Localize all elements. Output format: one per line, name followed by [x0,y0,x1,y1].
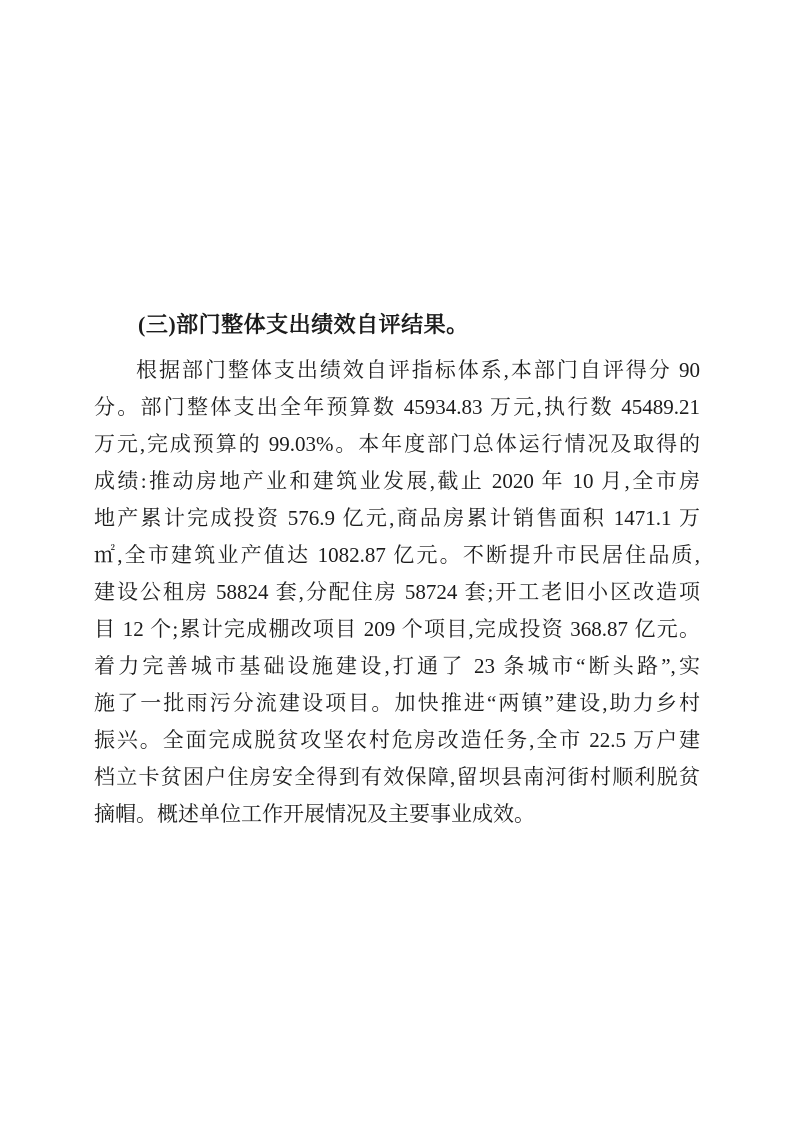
paragraph-line: 档立卡贫困户住房安全得到有效保障,留坝县南河街村顺利脱贫 [94,759,700,796]
paragraph-line: 根据部门整体支出绩效自评指标体系,本部门自评得分 90 [94,352,700,389]
paragraph-line: 万元,完成预算的 99.03%。本年度部门总体运行情况及取得的 [94,426,700,463]
paragraph-line: 着力完善城市基础设施建设,打通了 23 条城市“断头路”,实 [94,648,700,685]
paragraph-line: 建设公租房 58824 套,分配住房 58724 套;开工老旧小区改造项 [94,574,700,611]
document-page: (三)部门整体支出绩效自评结果。 根据部门整体支出绩效自评指标体系,本部门自评得… [0,0,793,1122]
paragraph-line: 施了一批雨污分流建设项目。加快推进“两镇”建设,助力乡村 [94,685,700,722]
paragraph-line: 地产累计完成投资 576.9 亿元,商品房累计销售面积 1471.1 万 [94,500,700,537]
body-paragraph: 根据部门整体支出绩效自评指标体系,本部门自评得分 90 分。部门整体支出全年预算… [94,352,700,833]
paragraph-line: 目 12 个;累计完成棚改项目 209 个项目,完成投资 368.87 亿元。 [94,611,700,648]
paragraph-line: 分。部门整体支出全年预算数 45934.83 万元,执行数 45489.21 [94,389,700,426]
section-heading: (三)部门整体支出绩效自评结果。 [94,306,700,343]
paragraph-line: 成绩:推动房地产业和建筑业发展,截止 2020 年 10 月,全市房 [94,463,700,500]
paragraph-line: ㎡,全市建筑业产值达 1082.87 亿元。不断提升市民居住品质, [94,537,700,574]
text-block: (三)部门整体支出绩效自评结果。 根据部门整体支出绩效自评指标体系,本部门自评得… [94,306,700,833]
paragraph-line: 振兴。全面完成脱贫攻坚农村危房改造任务,全市 22.5 万户建 [94,722,700,759]
paragraph-line: 摘帽。概述单位工作开展情况及主要事业成效。 [94,796,700,833]
